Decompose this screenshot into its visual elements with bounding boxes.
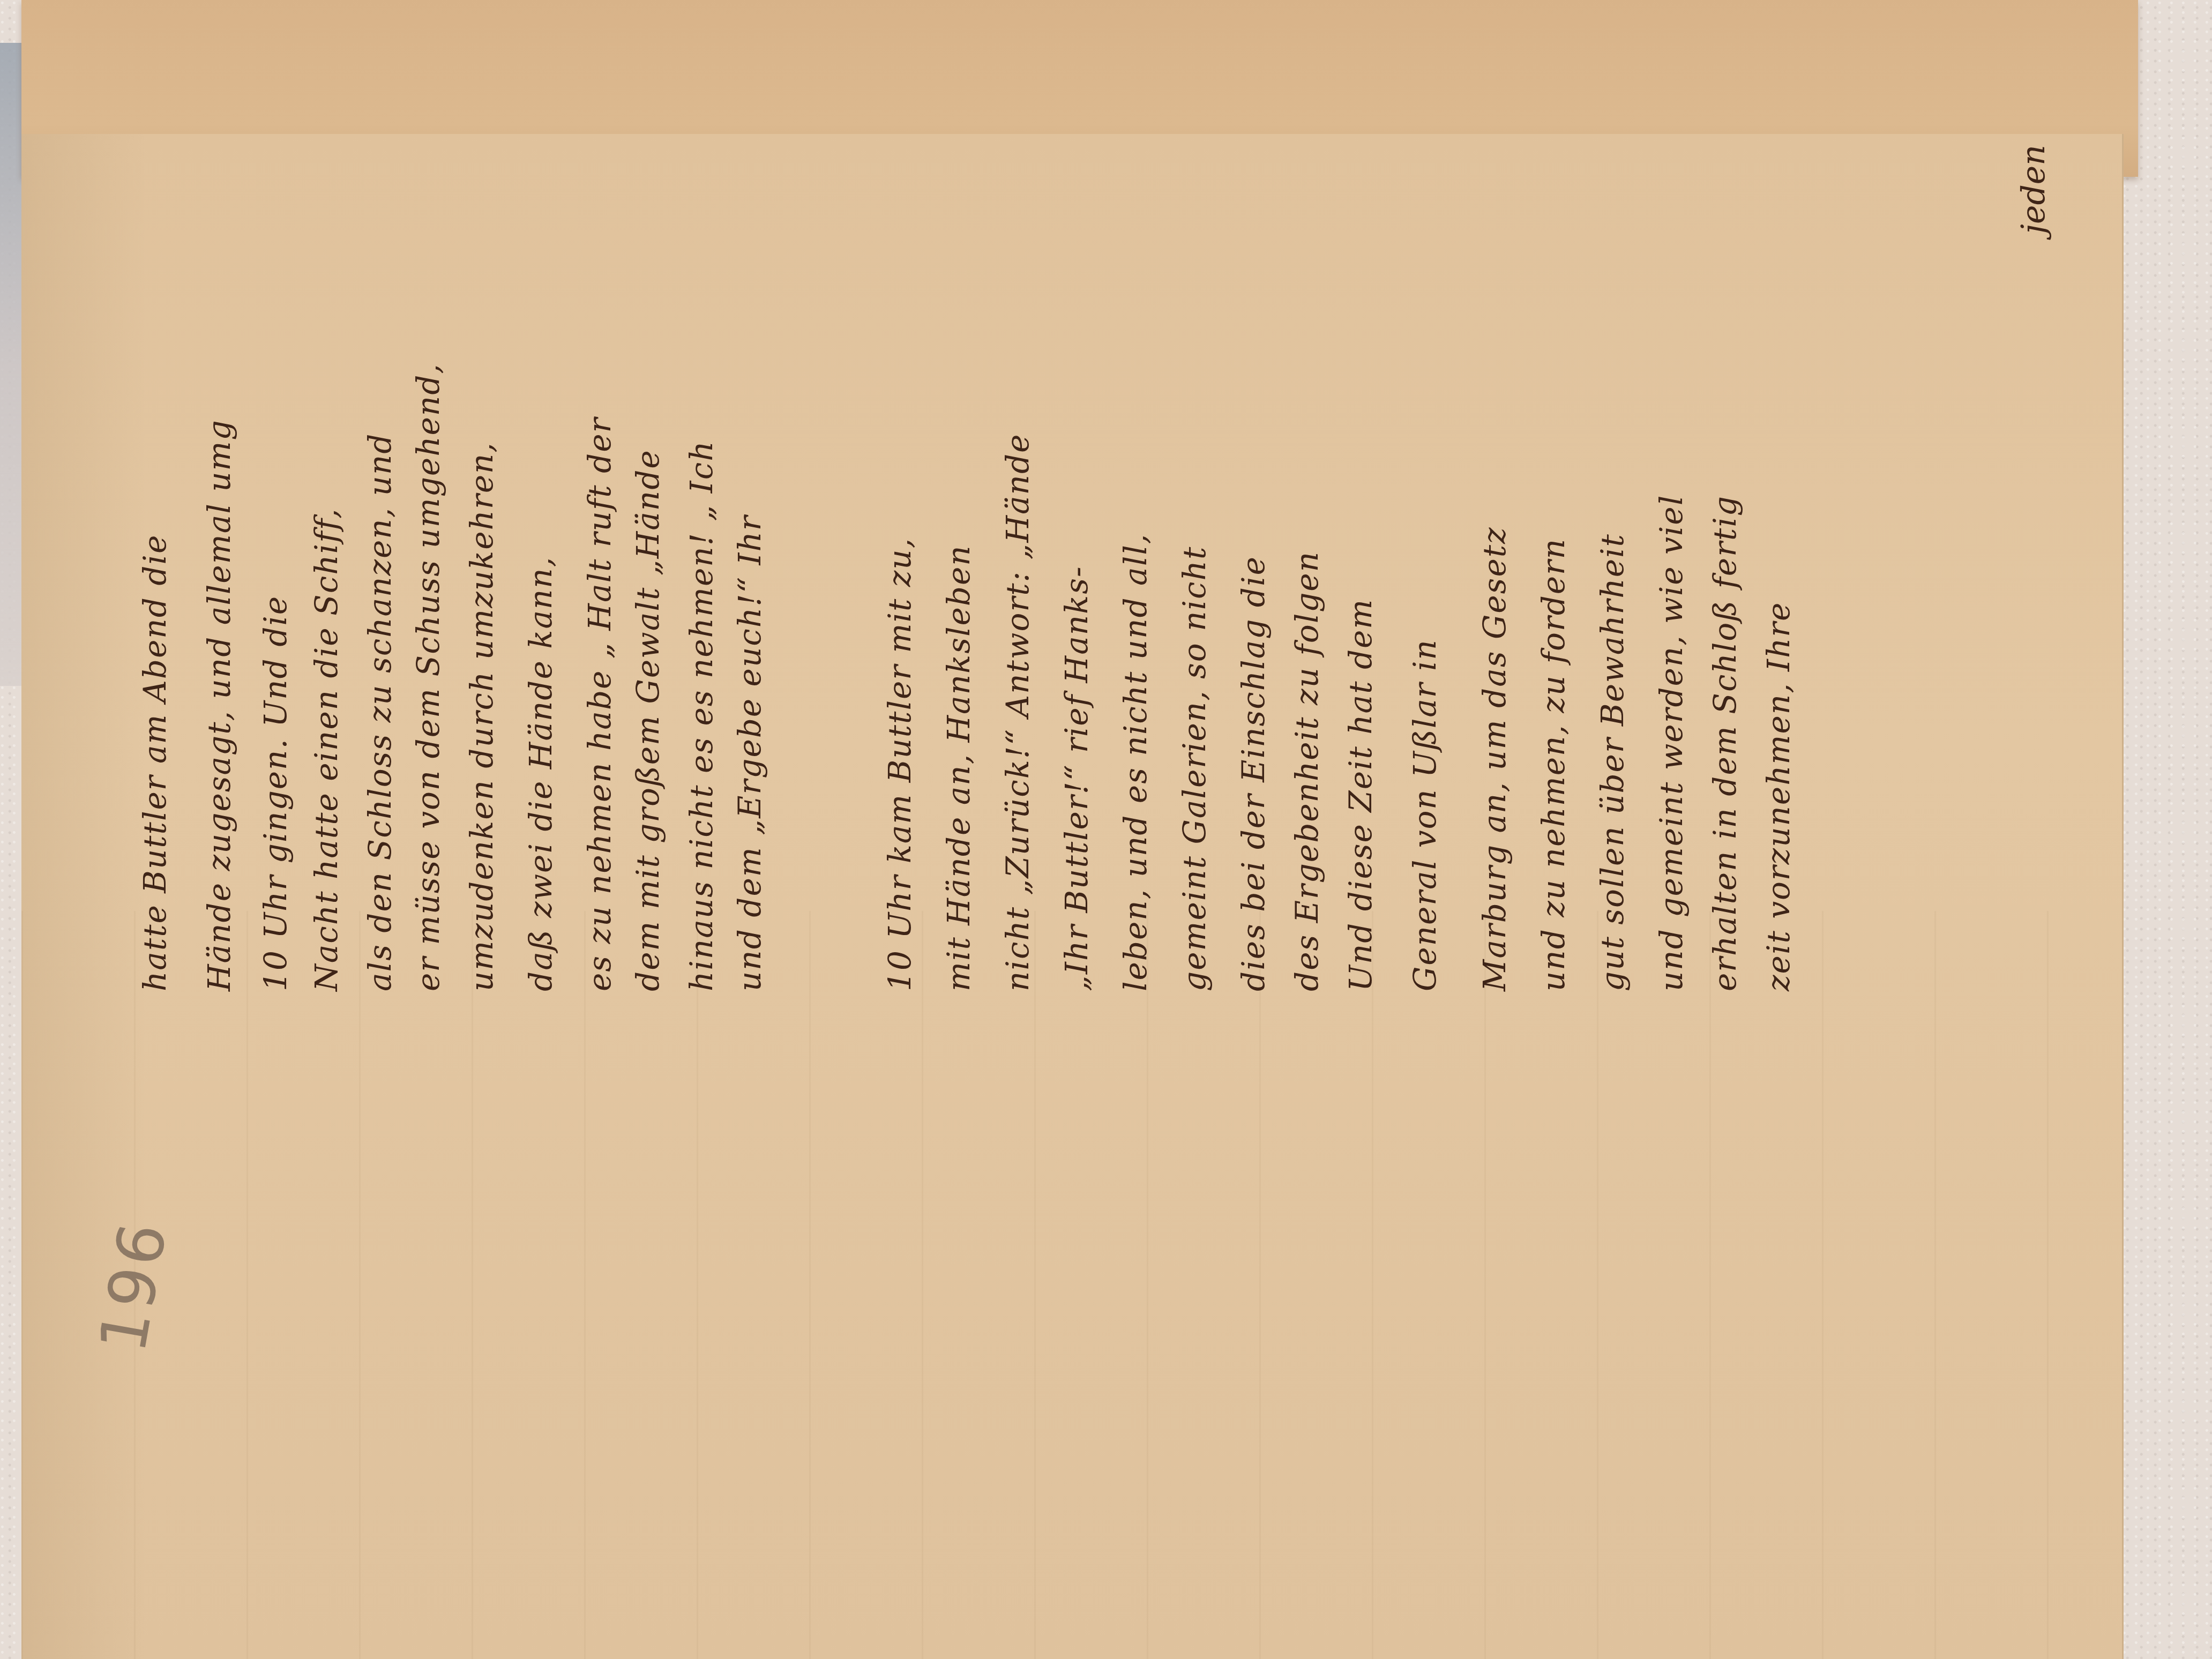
text-line: 10 Uhr gingen. Und die bbox=[260, 155, 291, 991]
text-line: General von Ußlar in bbox=[1409, 155, 1440, 991]
text-line: und zu nehmen, zu fordern bbox=[1538, 155, 1569, 991]
text-line: hinaus nicht es es nehmen! „ Ich bbox=[686, 155, 717, 991]
text-line: Nacht hatte einen die Schiff, bbox=[311, 155, 342, 991]
text-line: hatte Buttler am Abend die bbox=[139, 155, 170, 991]
text-line: dies bei der Einschlag die bbox=[1238, 155, 1269, 991]
catchword: jeden bbox=[2015, 145, 2052, 234]
text-line: es zu nehmen habe „ Halt ruft der bbox=[584, 155, 615, 991]
text-line: umzudenken durch umzukehren, bbox=[466, 155, 497, 991]
text-line: 10 Uhr kam Buttler mit zu, bbox=[884, 155, 915, 991]
text-line: als den Schloss zu schanzen, und bbox=[364, 155, 395, 991]
text-line: dem mit großem Gewalt „Hände bbox=[632, 155, 663, 991]
text-line: mit Hände an, Hanksleben bbox=[943, 155, 974, 991]
text-line: zeit vorzunehmen, Ihre bbox=[1763, 155, 1794, 991]
text-line: nicht „Zurück!“ Antwort: „Hände bbox=[1002, 155, 1033, 991]
text-line: er müsse von dem Schuss umgehend, bbox=[413, 155, 444, 991]
text-line: Marburg an, um das Gesetz bbox=[1479, 155, 1510, 991]
text-line: und gemeint werden, wie viel bbox=[1656, 155, 1687, 991]
text-line: leben, und es nicht und all, bbox=[1120, 155, 1151, 991]
ink-bleed-through bbox=[21, 911, 2111, 1659]
text-line: gut sollen über Bewahrheit bbox=[1597, 155, 1628, 991]
text-line: Hände zugesagt, und allemal umg bbox=[204, 155, 235, 991]
handwritten-text-block: hatte Buttler am Abend die Hände zugesag… bbox=[139, 155, 2068, 1013]
text-line: erhalten in dem Schloß fertig bbox=[1709, 155, 1740, 991]
text-line: „Ihr Buttler!“ rief Hanks- bbox=[1061, 155, 1092, 991]
text-line: des Ergebenheit zu folgen bbox=[1291, 155, 1322, 991]
text-line: und dem „Ergebe euch!“ Ihr bbox=[734, 155, 765, 991]
text-line: Und diese Zeit hat dem bbox=[1345, 155, 1376, 991]
text-line: gemeint Galerien, so nicht bbox=[1179, 155, 1210, 991]
text-line: daß zwei die Hände kann, bbox=[525, 155, 556, 991]
